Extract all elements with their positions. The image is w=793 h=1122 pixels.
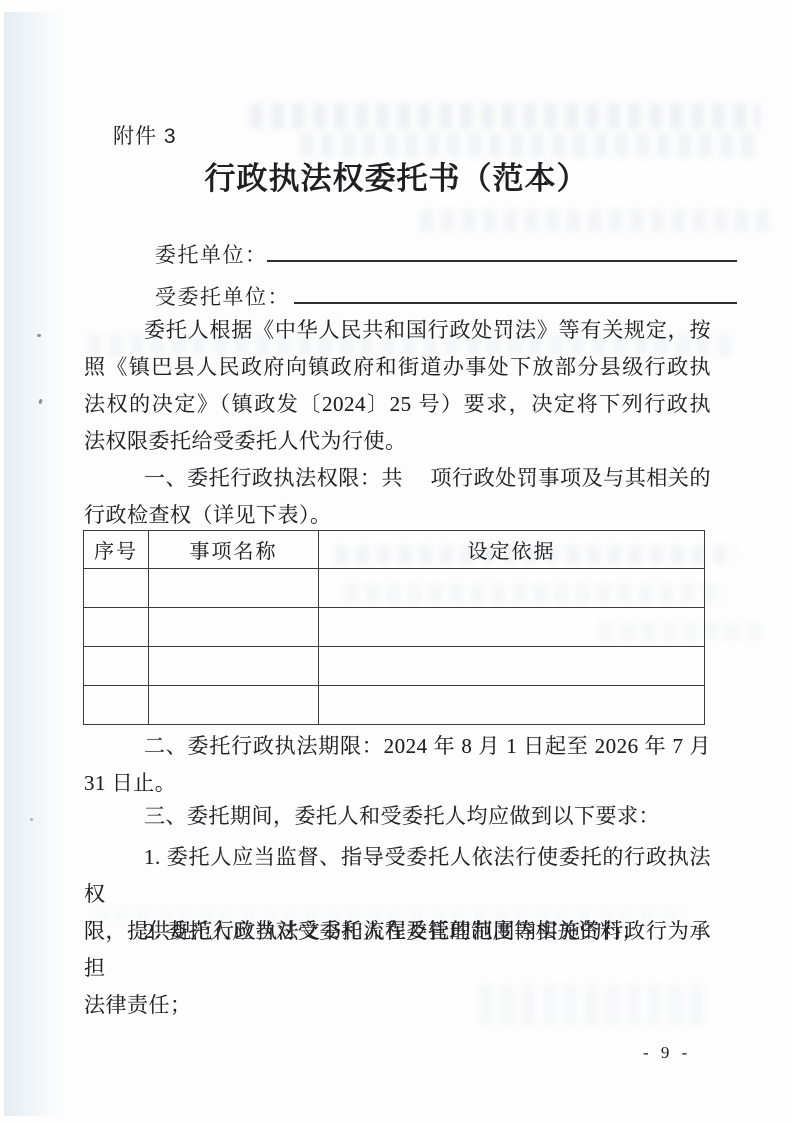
scan-speck — [30, 818, 33, 821]
body-line: 一、委托行政执法权限：共 项行政处罚事项及与其相关的 — [84, 460, 711, 497]
page-number: - 9 - — [643, 1043, 691, 1063]
body-line: 2. 委托人应当对受委托人在委托的范围内实施的行政行为承担 — [84, 913, 711, 987]
bleed-through-artifact — [250, 103, 760, 129]
table-cell — [319, 647, 705, 686]
table-cell — [149, 647, 319, 686]
entrusted-unit-fill-line — [294, 302, 737, 304]
body-line: 二、委托行政执法期限：2024 年 8 月 1 日起至 2026 年 7 月 — [84, 728, 711, 765]
table-row — [84, 608, 705, 647]
table-header-legal-basis: 设定依据 — [319, 531, 705, 569]
paragraph-item-1: 一、委托行政执法权限：共 项行政处罚事项及与其相关的 行政检查权（详见下表）。 — [84, 460, 711, 534]
table-header-index: 序号 — [84, 531, 149, 569]
table-row — [84, 647, 705, 686]
table-cell — [84, 647, 149, 686]
body-line: 三、委托期间，委托人和受委托人均应做到以下要求： — [84, 798, 711, 835]
paragraph-intro: 委托人根据《中华人民共和国行政处罚法》等有关规定，按 照《镇巴县人民政府向镇政府… — [84, 312, 711, 460]
table-cell — [319, 686, 705, 725]
bleed-through-artifact — [420, 210, 770, 232]
table-header-item-name: 事项名称 — [149, 531, 319, 569]
paragraph-item-3: 三、委托期间，委托人和受委托人均应做到以下要求： — [84, 798, 711, 835]
table-cell — [149, 569, 319, 608]
scanned-document-page: { "document": { "attachment_label": "附件 … — [0, 0, 793, 1122]
table-cell — [84, 686, 149, 725]
paragraph-requirement-2: 2. 委托人应当对受委托人在委托的范围内实施的行政行为承担 法律责任； — [84, 913, 711, 1024]
table-cell — [319, 569, 705, 608]
body-line: 法权限委托给受委托人代为行使。 — [84, 423, 711, 460]
body-line: 1. 委托人应当监督、指导受委托人依法行使委托的行政执法权 — [84, 839, 711, 913]
table-cell — [149, 686, 319, 725]
paragraph-item-2: 二、委托行政执法期限：2024 年 8 月 1 日起至 2026 年 7 月 3… — [84, 728, 711, 802]
table-row — [84, 686, 705, 725]
entrusted-unit-label: 受委托单位： — [155, 281, 290, 311]
body-line: 照《镇巴县人民政府向镇政府和街道办事处下放部分县级行政执 — [84, 349, 711, 386]
entrusting-unit-label: 委托单位： — [155, 239, 268, 269]
delegation-items-table: 序号 事项名称 设定依据 — [83, 530, 705, 725]
attachment-label: 附件 3 — [113, 120, 177, 150]
scan-speck — [37, 334, 41, 337]
scan-speck — [38, 399, 42, 405]
entrusting-unit-fill-line — [267, 260, 737, 262]
table-cell — [84, 569, 149, 608]
table-header-row: 序号 事项名称 设定依据 — [84, 531, 705, 569]
body-line: 行政检查权（详见下表）。 — [84, 497, 711, 534]
body-line: 31 日止。 — [84, 765, 711, 802]
table-cell — [319, 608, 705, 647]
table-row — [84, 569, 705, 608]
body-line: 法律责任； — [84, 987, 711, 1024]
table-cell — [149, 608, 319, 647]
body-line: 委托人根据《中华人民共和国行政处罚法》等有关规定，按 — [84, 312, 711, 349]
document-title: 行政执法权委托书（范本） — [0, 153, 793, 198]
table-cell — [84, 608, 149, 647]
body-line: 法权的决定》（镇政发〔2024〕25 号）要求，决定将下列行政执 — [84, 386, 711, 423]
